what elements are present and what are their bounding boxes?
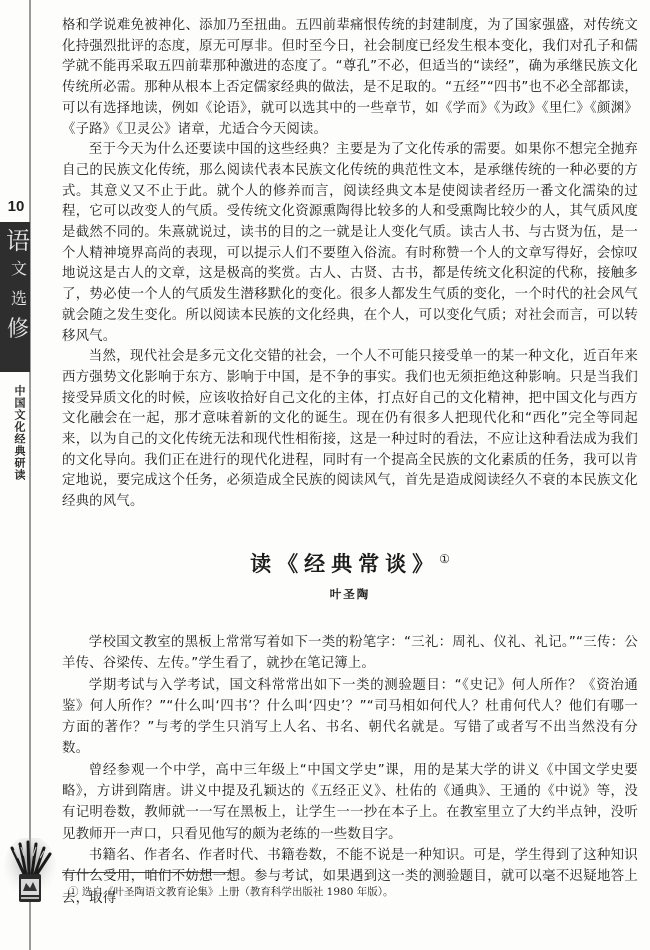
series-band: 语 文 选 修 [0, 222, 30, 372]
article-title: 读《经典常谈》① [62, 548, 638, 578]
series-char-4: 修 [7, 314, 29, 346]
footnote-marker[interactable]: ① [439, 552, 450, 566]
paragraph: 学校国文教室的黑板上常常写着如下一类的粉笔字：“三礼：周礼、仪礼、礼记。”“三传… [62, 632, 638, 675]
brush-pot-icon [4, 838, 56, 908]
paragraph: 曾经参观一个中学，高中三年级上“中国文学史”课，用的是某大学的讲义《中国文学史要… [62, 760, 638, 845]
footnote: ① 选自《叶圣陶语文教育论集》上册（教育科学出版社 1980 年版）。 [62, 884, 628, 899]
body-part-2: 学校国文教室的黑板上常常写着如下一类的粉笔字：“三礼：周礼、仪礼、礼记。”“三传… [62, 632, 638, 909]
page-number: 10 [4, 198, 28, 215]
series-char-1: 语 [6, 228, 30, 254]
paragraph: 格和学说难免被神化、添加乃至扭曲。五四前辈痛恨传统的封建制度，为了国家强盛，对传… [62, 16, 638, 140]
paragraph: 至于今天为什么还要读中国的这些经典？主要是为了文化传承的需要。如果你不想完全抛弃… [62, 140, 638, 347]
paragraph: 当然，现代社会是多元文化交错的社会，一个人不可能只接受单一的某一种文化，近百年来… [62, 347, 638, 513]
body-part-1: 格和学说难免被神化、添加乃至扭曲。五四前辈痛恨传统的封建制度，为了国家强盛，对传… [62, 16, 638, 513]
article-title-text: 读《经典常谈》 [250, 551, 439, 576]
author: 叶圣陶 [62, 586, 638, 602]
book-title: 中国文化经典研读 [8, 385, 26, 481]
footnote-rule [62, 872, 232, 873]
paragraph: 学期考试与入学考试，国文科常常出如下一类的测验题目：“《史记》何人所作？《资治通… [62, 675, 638, 760]
paragraph: 书籍名、作者名、作者时代、书籍卷数，不能不说是一种知识。可是，学生得到了这种知识… [62, 845, 638, 909]
series-char-2: 文 [11, 254, 27, 284]
margin-rule [29, 0, 31, 950]
series-char-3: 选 [11, 284, 27, 314]
